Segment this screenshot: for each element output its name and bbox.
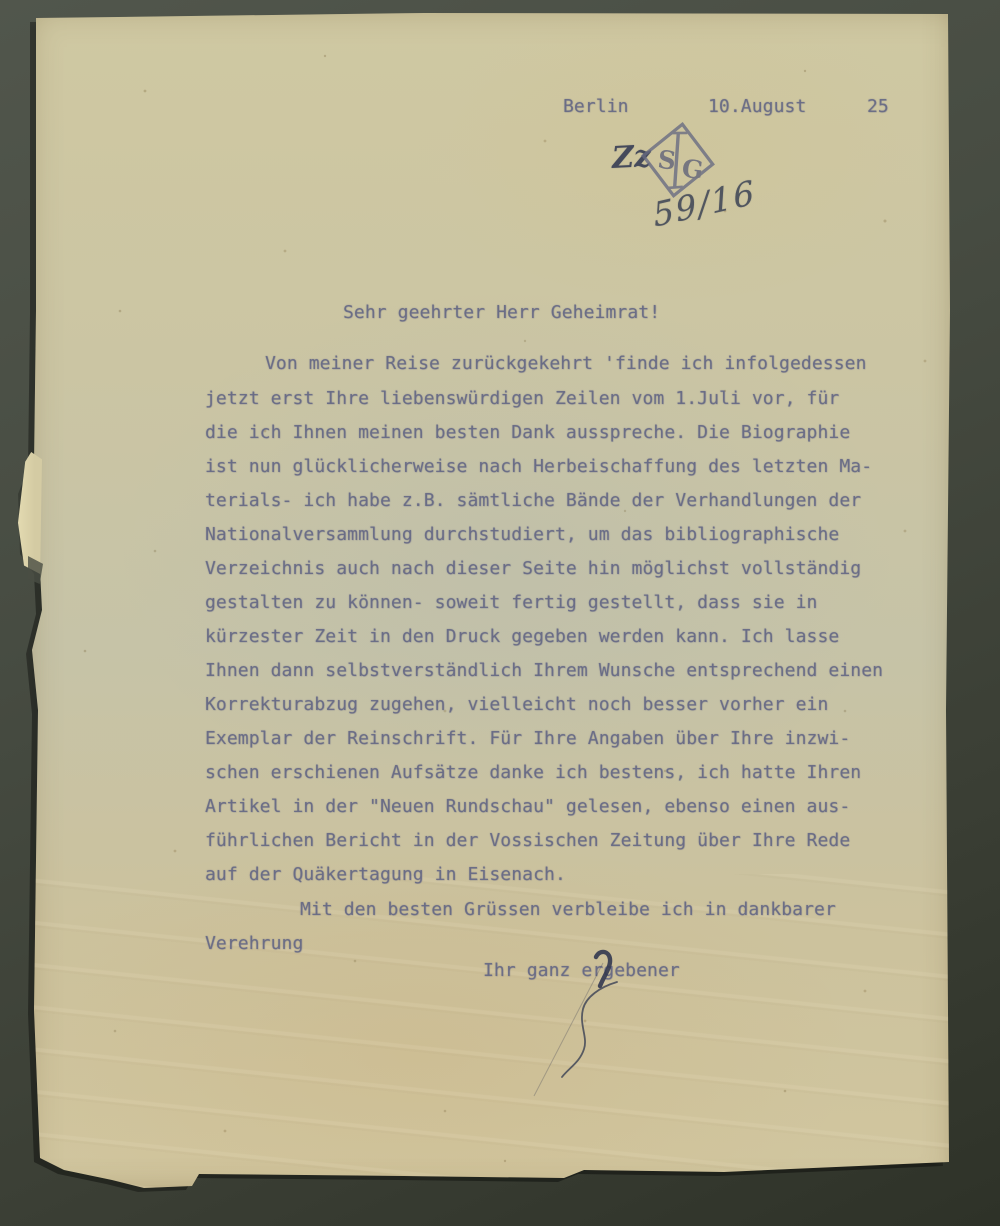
letter-line: Von meiner Reise zurückgekehrt 'finde ic… xyxy=(265,353,867,374)
letter-line: jetzt erst Ihre liebenswürdigen Zeilen v… xyxy=(205,388,839,409)
letter-scan: Berlin 10.August 25 Zz S G 59/16 Sehr ge… xyxy=(0,0,1000,1226)
paper-foxing-specks xyxy=(24,10,26,12)
letter-line: führlichen Bericht in der Vossischen Zei… xyxy=(205,830,850,851)
letter-line: Artikel in der "Neuen Rundschau" gelesen… xyxy=(205,796,850,817)
salutation: Sehr geehrter Herr Geheimrat! xyxy=(343,302,660,323)
letter-line: die ich Ihnen meinen besten Dank ausspre… xyxy=(205,422,850,443)
signature-stroke xyxy=(500,935,720,1110)
letter-line: auf der Quäkertagung in Eisenach. xyxy=(205,864,566,885)
letter-line: Nationalversammlung durchstudiert, um da… xyxy=(205,524,839,545)
letter-line: Exemplar der Reinschrift. Für Ihre Angab… xyxy=(205,728,850,749)
closing-line: Mit den besten Grüssen verbleibe ich in … xyxy=(300,899,836,920)
header-year: 25 xyxy=(867,96,889,117)
svg-text:S: S xyxy=(656,145,677,176)
letter-line: kürzester Zeit in den Druck gegeben werd… xyxy=(205,626,839,647)
letter-line: gestalten zu können- soweit fertig geste… xyxy=(205,592,817,613)
header-city: Berlin xyxy=(563,96,629,117)
paper-streak-texture xyxy=(24,874,952,1194)
closing-line: Verehrung xyxy=(205,933,303,954)
header-date: 10.August xyxy=(708,96,806,117)
letter-line: Ihnen dann selbstverständlich Ihrem Wuns… xyxy=(205,660,883,681)
letter-line: terials- ich habe z.B. sämtliche Bände d… xyxy=(205,490,861,511)
letter-line: ist nun glücklicherweise nach Herbeischa… xyxy=(205,456,872,477)
letter-line: Verzeichnis auch nach dieser Seite hin m… xyxy=(205,558,861,579)
letter-line: schen erschienen Aufsätze danke ich best… xyxy=(205,762,861,783)
svg-text:G: G xyxy=(680,154,705,185)
letter-line: Korrekturabzug zugehen, vielleicht noch … xyxy=(205,694,828,715)
